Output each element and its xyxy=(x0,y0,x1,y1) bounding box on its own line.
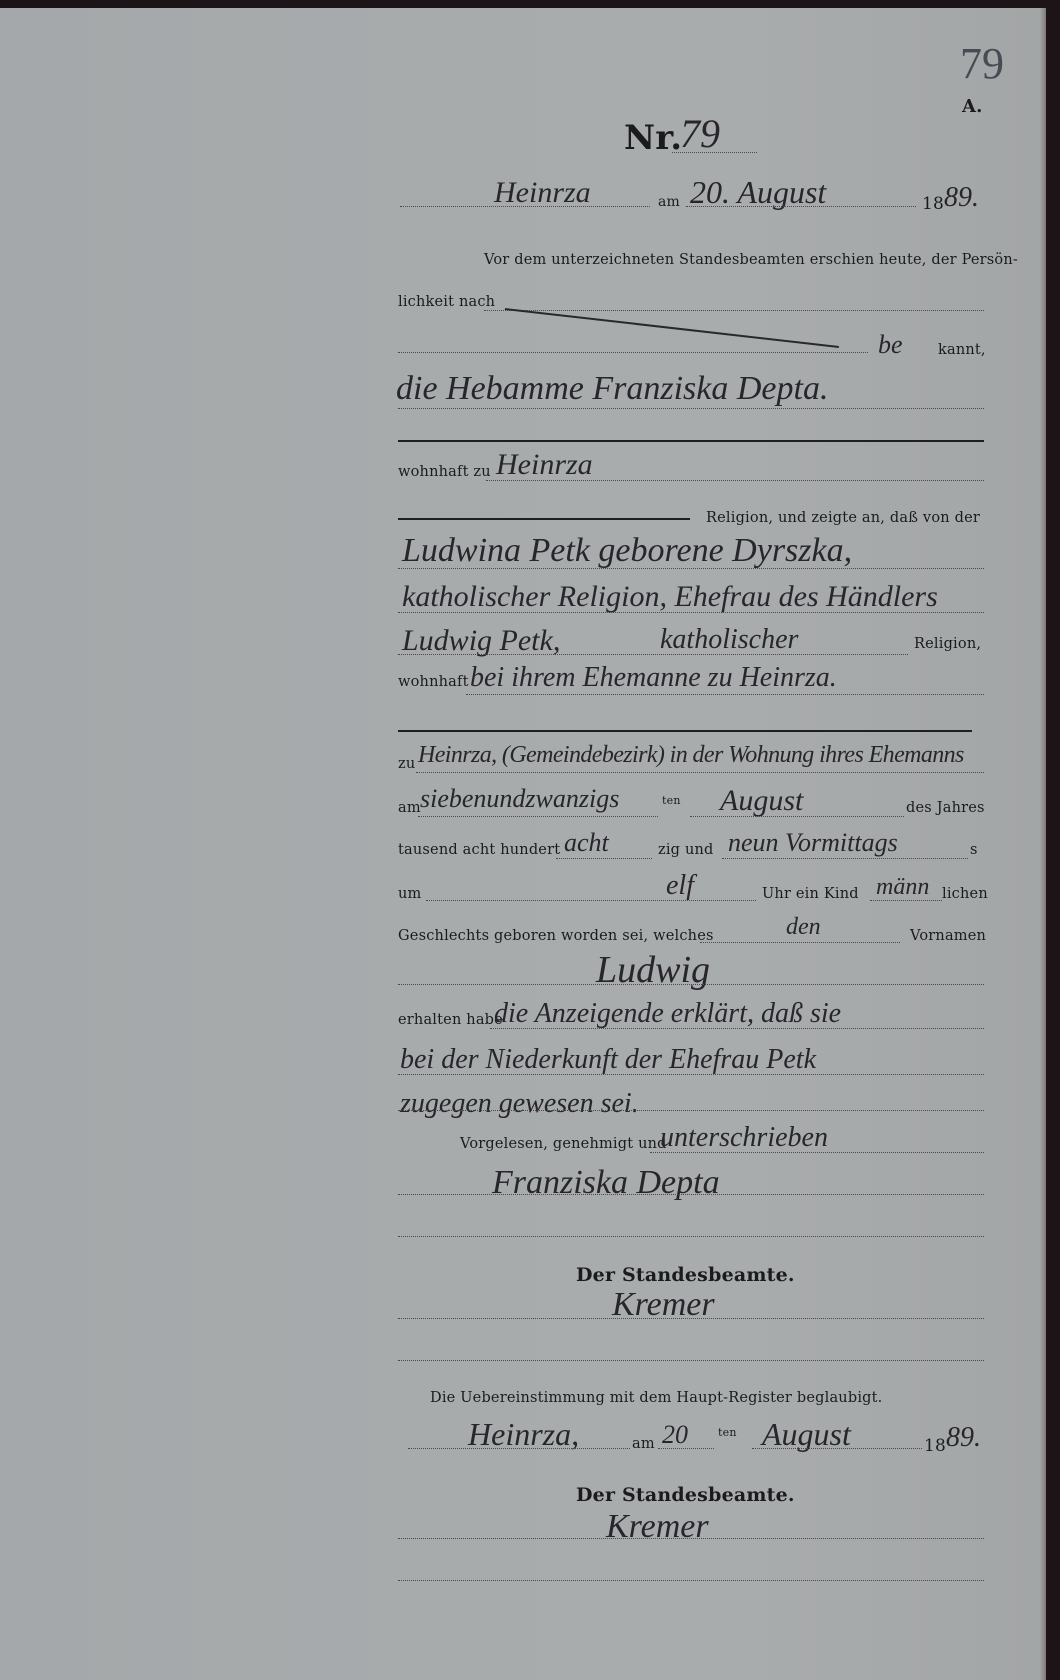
wohnhaft-value: Heinrza xyxy=(496,448,593,482)
am-label: am xyxy=(658,194,680,210)
registrar-title: Der Standesbeamte. xyxy=(576,1264,795,1286)
vorgelesen-label: Vorgelesen, genehmigt und xyxy=(460,1136,667,1152)
birth-day-line xyxy=(418,816,658,817)
year-unit-line xyxy=(722,858,968,859)
remark-line-3-rule xyxy=(398,1110,984,1111)
um-label: um xyxy=(398,886,422,902)
tausend-label: tausend acht hundert xyxy=(398,842,560,858)
wohnhaft-line xyxy=(486,480,984,481)
mother-line-1: Ludwina Petk geborene Dyrszka, xyxy=(402,532,852,570)
year-decade: acht xyxy=(564,828,609,858)
cert-month-line xyxy=(752,1448,922,1449)
birth-place-line xyxy=(416,772,984,773)
sex: männ xyxy=(876,874,929,901)
registrar-title-2: Der Standesbeamte. xyxy=(576,1484,795,1506)
zu-label: zu xyxy=(398,756,415,772)
remark-line-2: bei der Niederkunft der Ehefrau Petk xyxy=(400,1044,816,1076)
cert-day-line xyxy=(658,1448,714,1449)
birth-month-line xyxy=(690,816,904,817)
cert-day: 20 xyxy=(662,1420,688,1450)
separator-rule-1 xyxy=(398,440,984,442)
religion-line: Religion, und zeigte an, daß von der xyxy=(706,510,980,526)
year-decade-line xyxy=(556,858,652,859)
cert-am: am xyxy=(632,1436,655,1452)
place-line xyxy=(400,206,650,207)
place: Heinrza xyxy=(494,176,591,210)
cert-ten: ten xyxy=(718,1426,737,1439)
birth-month: August xyxy=(720,784,803,818)
des-jahres-label: des Jahres xyxy=(906,800,985,816)
geschlechts-label: Geschlechts geboren worden sei, welches xyxy=(398,928,714,944)
vornamen-article-line xyxy=(700,942,900,943)
blank-line-3 xyxy=(398,1580,984,1581)
am-label-birth: am xyxy=(398,800,421,816)
date-line xyxy=(686,206,916,207)
wohnhaft-2-line xyxy=(466,694,984,695)
registrar-signature-line xyxy=(398,1318,984,1319)
sex-line xyxy=(870,900,942,901)
erhalten-label: erhalten habe xyxy=(398,1012,503,1028)
register-page: 79 A. Nr. 79 Heinrza am 20. August 18 89… xyxy=(0,8,1046,1680)
register-number-line xyxy=(672,152,757,153)
mother-line-2-rule xyxy=(398,612,984,613)
child-name: Ludwig xyxy=(596,948,710,992)
mother-line-1-rule xyxy=(398,568,984,569)
uhr-label: Uhr ein Kind xyxy=(762,886,859,902)
religion-label: Religion, xyxy=(914,636,981,652)
blank-line-1 xyxy=(398,1236,984,1237)
certification-text: Die Uebereinstimmung mit dem Haupt-Regis… xyxy=(430,1390,882,1406)
ten-label: ten xyxy=(662,794,681,807)
cert-place-line xyxy=(408,1448,630,1449)
intro-line-1: Vor dem unterzeichneten Standesbeamten e… xyxy=(484,252,1018,268)
year-suffix: 89. xyxy=(944,182,979,214)
father-line xyxy=(398,654,908,655)
father-name: Ludwig Petk, xyxy=(402,624,560,658)
cert-year-suffix: 89. xyxy=(946,1422,981,1454)
remark-line-1: die Anzeigende erklärt, daß sie xyxy=(494,998,841,1030)
corner-number: 79 xyxy=(960,38,1004,89)
father-religion: katholischer xyxy=(660,624,798,656)
vorgelesen-value: unterschrieben xyxy=(660,1122,828,1154)
informant-signature-line xyxy=(398,1194,984,1195)
cancel-stroke xyxy=(505,308,839,348)
intro-line-2-label: lichkeit nach xyxy=(398,294,495,310)
blank-line-2 xyxy=(398,1360,984,1361)
register-number: 79 xyxy=(680,110,720,157)
cert-year-prefix: 18 xyxy=(924,1436,946,1456)
zig-und-label: zig und xyxy=(658,842,714,858)
registrar-signature-2: Kremer xyxy=(606,1508,709,1546)
registrar-signature-2-line xyxy=(398,1538,984,1539)
known-prefix: be xyxy=(878,330,903,360)
year-prefix: 18 xyxy=(922,194,944,214)
remark-line-1-rule xyxy=(490,1028,984,1029)
informant-line xyxy=(398,408,984,409)
wohnhaft-label: wohnhaft zu xyxy=(398,464,491,480)
child-name-line xyxy=(398,984,984,985)
vornamen-article: den xyxy=(786,914,821,941)
religion-blank-rule xyxy=(398,518,690,520)
hour-line xyxy=(426,900,756,901)
sex-suffix: lichen xyxy=(942,886,988,902)
intro-line-3 xyxy=(398,352,868,353)
separator-rule-2 xyxy=(398,730,972,732)
intro-line-2 xyxy=(484,310,984,311)
hour: elf xyxy=(666,870,694,902)
remark-line-2-rule xyxy=(398,1074,984,1075)
vornamen-label: Vornamen xyxy=(910,928,986,944)
vorgelesen-line xyxy=(650,1152,984,1153)
wohnhaft-2-label: wohnhaft xyxy=(398,674,469,690)
year-unit-time: neun Vormittags xyxy=(728,828,898,858)
known-suffix: kannt, xyxy=(938,342,986,358)
informant-name: die Hebamme Franziska Depta. xyxy=(396,370,828,408)
corner-letter: A. xyxy=(962,96,983,117)
s-suffix: s xyxy=(970,842,978,858)
remark-line-3: zugegen gewesen sei. xyxy=(400,1088,639,1120)
mother-line-2: katholischer Religion, Ehefrau des Händl… xyxy=(402,580,938,614)
birth-day: siebenundzwanzigs xyxy=(420,784,619,814)
informant-signature: Franziska Depta xyxy=(492,1164,720,1202)
wohnhaft-2-value: bei ihrem Ehemanne zu Heinrza. xyxy=(470,662,837,694)
birth-place: Heinrza, (Gemeindebezirk) in der Wohnung… xyxy=(418,742,964,769)
